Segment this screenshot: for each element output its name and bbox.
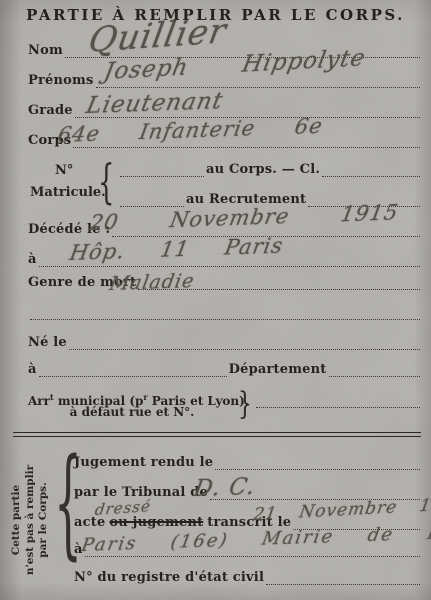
side-note-line1: Cette partie <box>10 446 24 594</box>
departement-dots <box>329 374 421 377</box>
field-row-registre: N° du registre d'état civil <box>74 569 422 585</box>
field-row-naissance: à Département <box>28 361 422 377</box>
field-row-genre-de-mort: Genre de mort <box>28 274 422 290</box>
corps-dotted-line <box>73 145 420 148</box>
matricule-brace: { <box>98 160 115 207</box>
side-note-line2: n'est pas à remplir <box>24 446 38 594</box>
arrt-label-line2: à défaut rue et N°. <box>28 405 236 419</box>
nom-label: Nom <box>28 44 63 58</box>
handwriting-tribunal: D. C. <box>192 476 257 501</box>
ne-le-dotted-line <box>69 347 420 350</box>
prenoms-label: Prénoms <box>28 74 94 88</box>
field-row-jugement: Jugement rendu le <box>74 454 422 470</box>
lieu-deces-dotted-line <box>39 264 420 267</box>
au-corps-label: au Corps. — Cl. <box>206 163 320 177</box>
prenoms-dotted-line <box>96 85 421 88</box>
naissance-a-label: à <box>28 363 37 377</box>
lieu-deces-label: à <box>28 253 37 267</box>
jugement-dotted-line <box>215 467 420 470</box>
side-note-rotated: Cette partie n'est pas à remplir par le … <box>10 446 50 594</box>
registre-dotted-line <box>266 582 420 585</box>
naissance-dots <box>39 374 227 377</box>
field-row-ne-le: Né le <box>28 334 422 350</box>
handwriting-correction: dressé <box>94 499 152 518</box>
ne-le-label: Né le <box>28 336 67 350</box>
blank-continuation-row <box>28 304 422 320</box>
matricule-corps-dots-left <box>120 174 204 177</box>
handwriting-nom: Quillier <box>86 14 229 58</box>
field-row-matricule-corps: au Corps. — Cl. <box>118 161 422 177</box>
arrt-dotted-row <box>254 392 422 408</box>
scanned-form-page: PARTIE À REMPLIR PAR LE CORPS. Nom Quill… <box>0 0 431 600</box>
lieu-transcription-dotted-line <box>85 554 420 557</box>
matricule-label: Matricule. <box>30 185 106 200</box>
matricule-recrutement-dots-left <box>120 204 184 207</box>
transcrit-struck-label: ou jugement <box>109 516 203 530</box>
matricule-no-label: N° <box>55 163 73 178</box>
arrt-brace: } <box>238 390 252 421</box>
registre-label: N° du registre d'état civil <box>74 571 264 585</box>
side-note-line3: par le Corps. <box>37 446 51 594</box>
handwriting-genre-de-mort: Maladie <box>108 272 196 294</box>
jugement-label: Jugement rendu le <box>74 456 213 470</box>
blank-dotted-line <box>30 317 420 320</box>
handwriting-grade: Lieutenant <box>84 90 225 118</box>
matricule-corps-dots-right <box>322 174 420 177</box>
departement-label: Département <box>229 363 327 377</box>
arrt-dotted-line <box>256 405 420 408</box>
grade-label: Grade <box>28 104 73 118</box>
